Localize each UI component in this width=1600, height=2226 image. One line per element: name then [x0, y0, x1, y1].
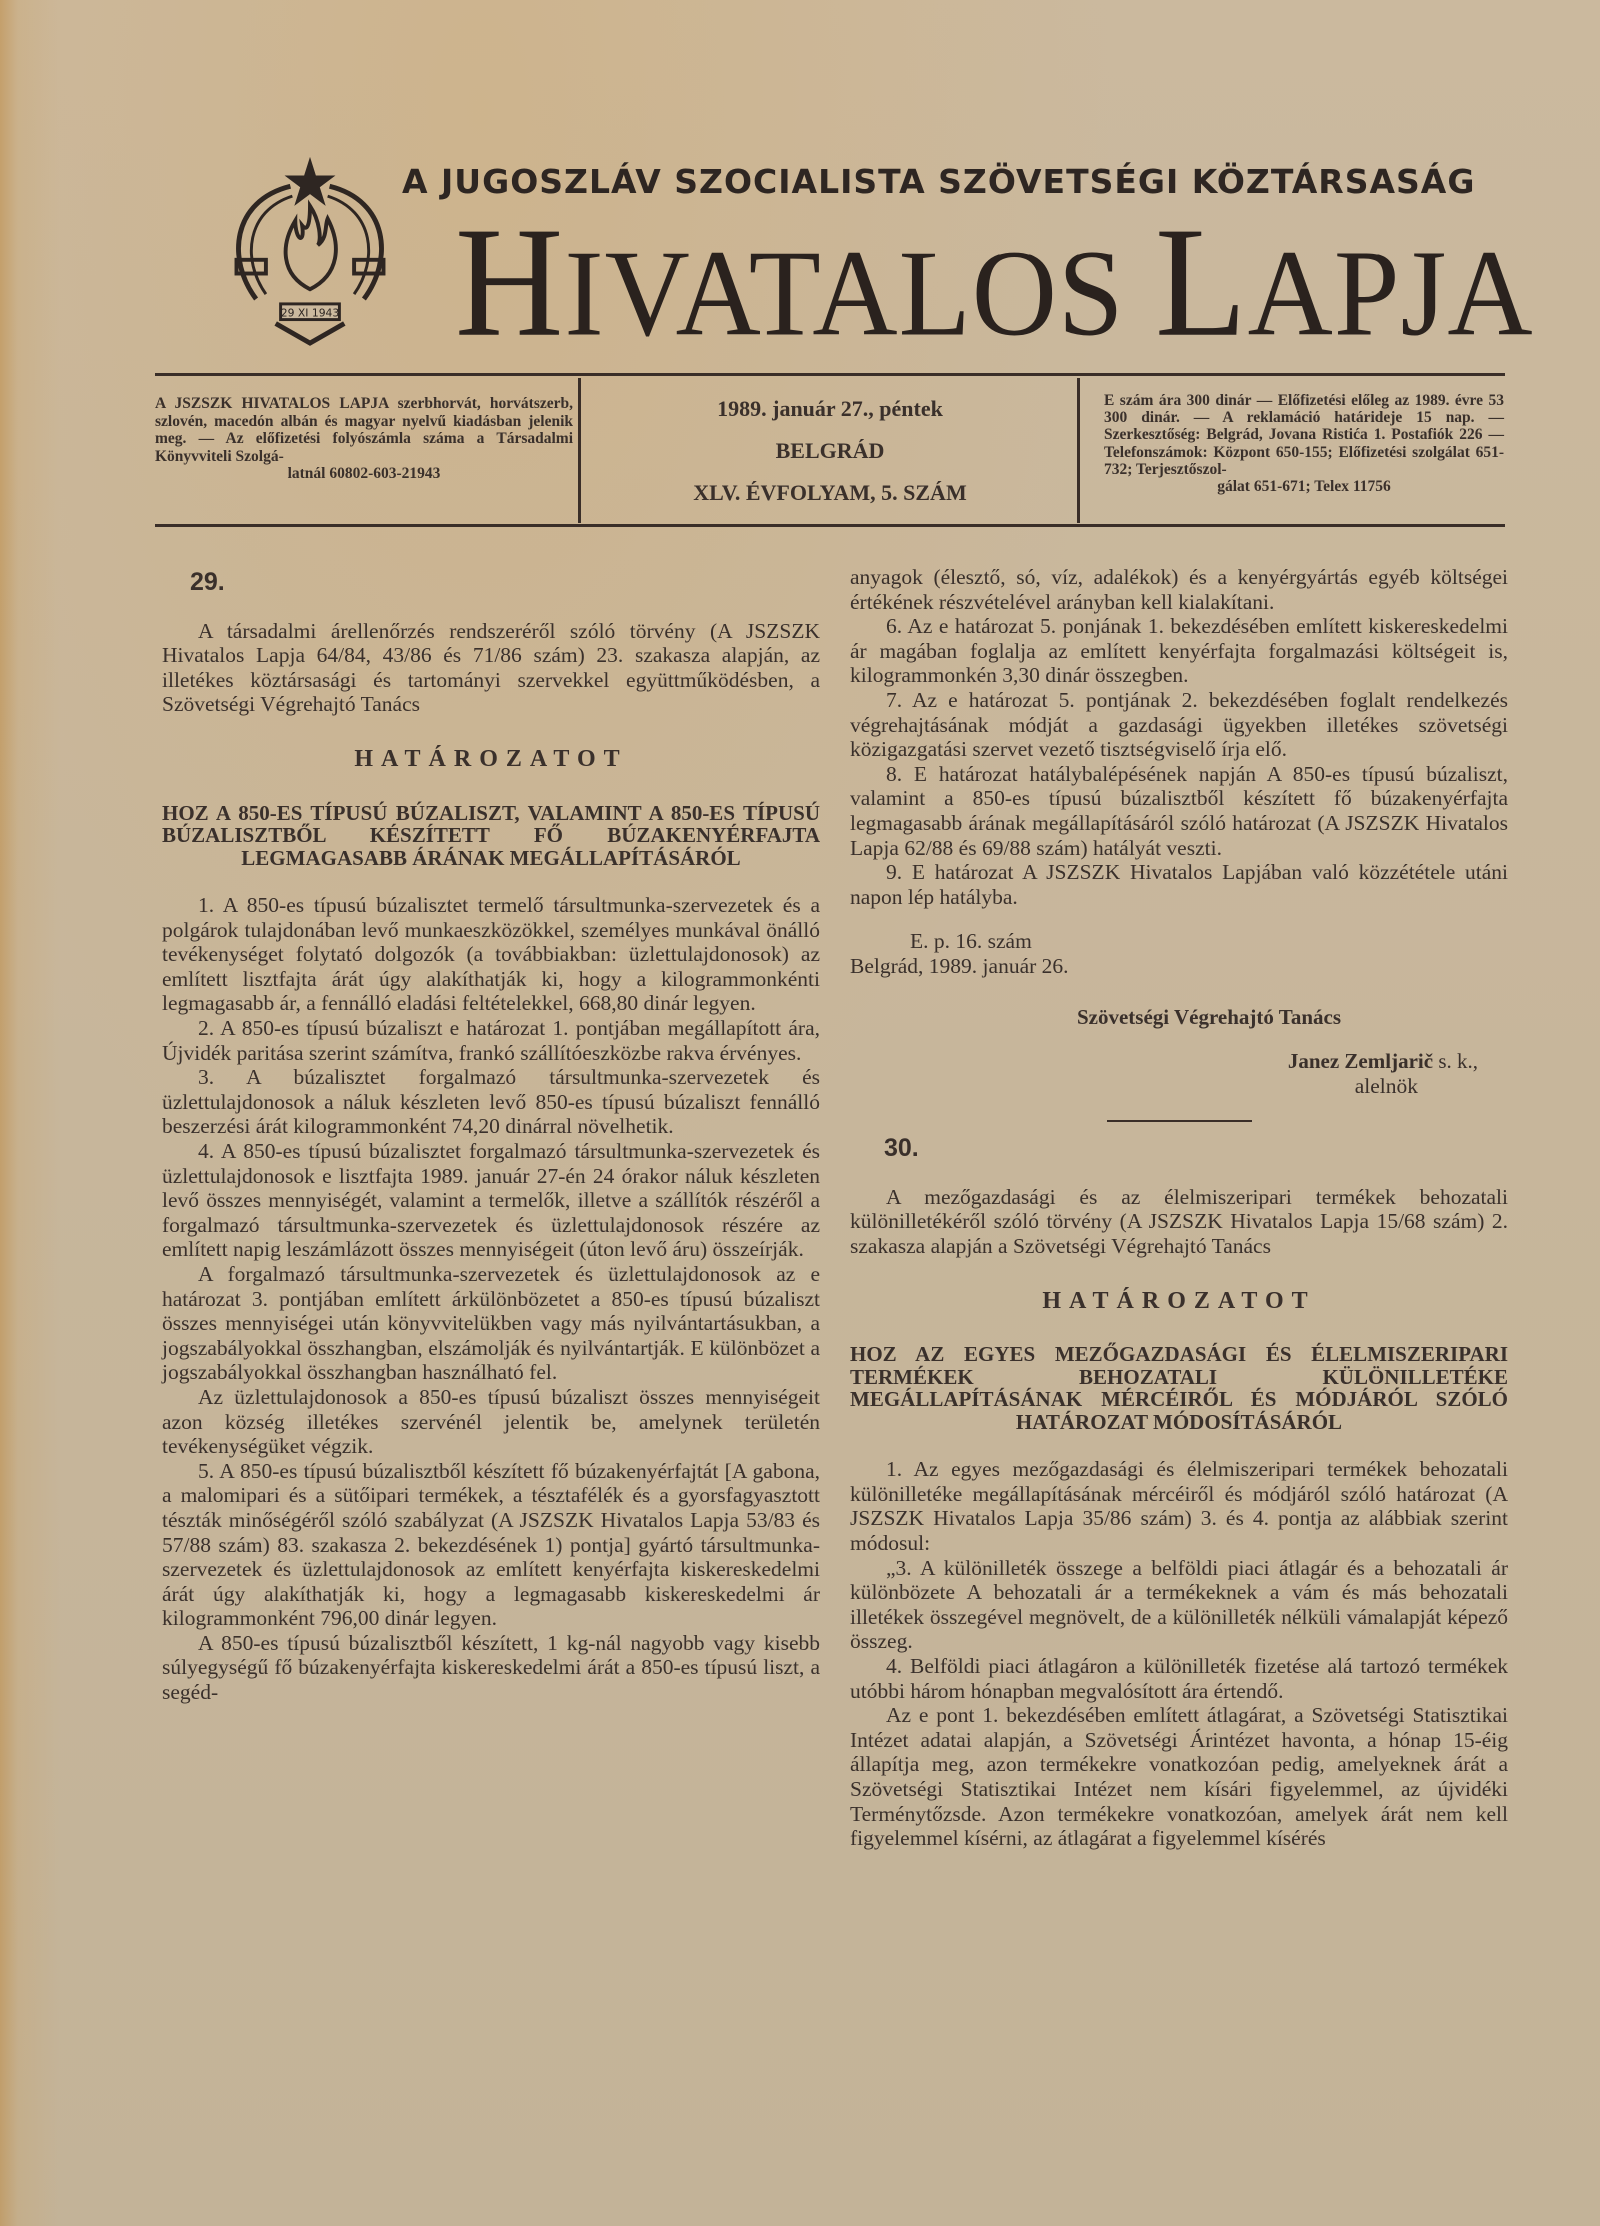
decree-heading: HATÁROZATOT	[162, 747, 820, 772]
decree-paragraph: 4. Belföldi piaci átlagáron a különillet…	[850, 1654, 1508, 1703]
masthead-rule-bottom	[155, 524, 1505, 527]
svg-text:29 XI 1943: 29 XI 1943	[281, 307, 340, 320]
decree-paragraph: „3. A különilleték összege a belföldi pi…	[850, 1556, 1508, 1654]
column-right: anyagok (élesztő, só, víz, adalékok) és …	[850, 565, 1508, 1851]
info-divider-right	[1077, 378, 1080, 523]
decree-preamble: A társadalmi árellenőrzés rendszeréről s…	[162, 619, 820, 717]
decree-paragraph: 1. A 850-es típusú búzalisztet termelő t…	[162, 893, 820, 1016]
decree-subject: HOZ AZ EGYES MEZŐGAZDASÁGI ÉS ÉLELMISZER…	[850, 1343, 1508, 1433]
decree-paragraph: Az e pont 1. bekezdésében említett átlag…	[850, 1703, 1508, 1851]
decree-number: 29.	[190, 570, 820, 595]
decree-subject: HOZ A 850-ES TÍPUSÚ BÚZALISZT, VALAMINT …	[162, 802, 820, 870]
signer: Janez Zemljarič s. k.,	[850, 1049, 1508, 1074]
signer-title: alelnök	[850, 1074, 1508, 1099]
separator-rule	[1107, 1120, 1252, 1122]
gazette-page: 29 XI 1943 A JUGOSZLÁV SZOCIALISTA SZÖVE…	[0, 0, 1600, 2226]
issue-volume: XLV. ÉVFOLYAM, 5. SZÁM	[585, 472, 1075, 514]
decree-paragraph: 3. A búzalisztet forgalmazó társultmunka…	[162, 1065, 820, 1139]
decree-reference: E. p. 16. szám	[850, 929, 1508, 954]
decree-paragraph: A 850-es típusú búzalisztből készített, …	[162, 1631, 820, 1705]
decree-paragraph: 9. E határozat A JSZSZK Hivatalos Lapjáb…	[850, 860, 1508, 909]
decree-heading: HATÁROZATOT	[850, 1289, 1508, 1314]
decree-paragraph: 1. Az egyes mezőgazdasági és élelmiszeri…	[850, 1457, 1508, 1555]
decree-paragraph: 7. Az e határozat 5. pontjának 2. bekezd…	[850, 688, 1508, 762]
column-left: 29. A társadalmi árellenőrzés rendszerér…	[162, 566, 820, 1705]
decree-preamble: A mezőgazdasági és az élelmiszeripari te…	[850, 1185, 1508, 1259]
decree-paragraph: 5. A 850-es típusú búzalisztből készítet…	[162, 1459, 820, 1631]
issue-place: BELGRÁD	[585, 430, 1075, 472]
decree-paragraph-continued: anyagok (élesztő, só, víz, adalékok) és …	[850, 565, 1508, 614]
subscription-info: E szám ára 300 dinár — Előfizetési előle…	[1104, 392, 1504, 495]
decree-paragraph: 8. E határozat hatálybalépésének napján …	[850, 762, 1508, 860]
info-divider-left	[578, 378, 581, 523]
decree-paragraph: Az üzlettulajdonosok a 850-es típusú búz…	[162, 1385, 820, 1459]
issue-info: 1989. január 27., péntek BELGRÁD XLV. ÉV…	[585, 388, 1075, 514]
masthead-rule-top	[155, 373, 1505, 376]
decree-number: 30.	[884, 1136, 1508, 1161]
issue-date: 1989. január 27., péntek	[585, 388, 1075, 430]
decree-dateline: Belgrád, 1989. január 26.	[850, 954, 1508, 979]
coat-of-arms-icon: 29 XI 1943	[212, 152, 408, 348]
decree-paragraph: 2. A 850-es típusú búzaliszt e határozat…	[162, 1016, 820, 1065]
signing-body: Szövetségi Végrehajtó Tanács	[910, 1005, 1508, 1030]
publication-info: A JSZSZK HIVATALOS LAPJA szerbhorvát, ho…	[155, 395, 573, 483]
decree-paragraph: 6. Az e határozat 5. ponjának 1. bekezdé…	[850, 614, 1508, 688]
decree-paragraph: A forgalmazó társultmunka-szervezetek és…	[162, 1262, 820, 1385]
decree-paragraph: 4. A 850-es típusú búzalisztet forgalmaz…	[162, 1139, 820, 1262]
masthead-title: HIVATALOS LAPJA	[455, 214, 1515, 362]
masthead-subtitle: A JUGOSZLÁV SZOCIALISTA SZÖVETSÉGI KÖZTÁ…	[402, 162, 1512, 201]
